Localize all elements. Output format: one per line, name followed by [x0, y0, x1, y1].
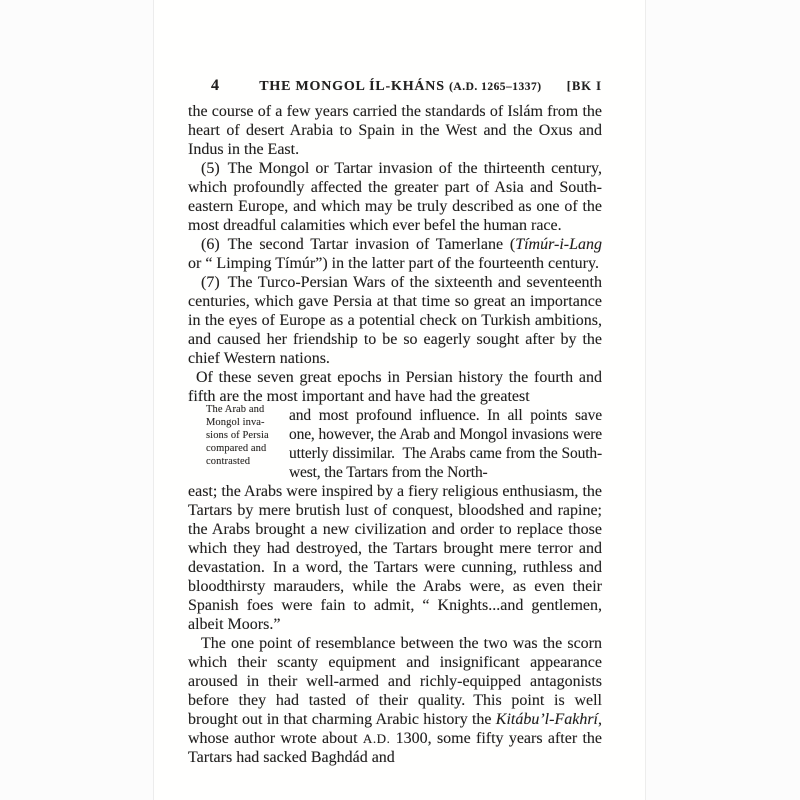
margin-note: The Arab andMongol inva-sions of Persiac… — [206, 403, 278, 468]
paragraph-resemblance: The one point of resemblance between the… — [188, 634, 602, 767]
body-text: the course of a few years carried the st… — [188, 102, 602, 767]
book-reference: [BK I — [567, 77, 602, 96]
paragraph-epochs-continued: east; the Arabs were inspired by a fiery… — [188, 482, 602, 634]
paragraph-islam-spread: the course of a few years carried the st… — [188, 102, 602, 159]
paragraph-7-turco-persian-wars: (7) The Turco-Persian Wars of the sixtee… — [188, 273, 602, 368]
paragraph-5-mongol-invasion: (5) The Mongol or Tartar invasion of the… — [188, 159, 602, 235]
running-title: THE MONGOL ÍL-KHÁNS (A.D. 1265–1337) — [240, 77, 561, 97]
scanned-book-page: 4 THE MONGOL ÍL-KHÁNS (A.D. 1265–1337) [… — [0, 0, 800, 800]
page-content: 4 THE MONGOL ÍL-KHÁNS (A.D. 1265–1337) [… — [188, 76, 602, 767]
margin-note-row: The Arab andMongol inva-sions of Persiac… — [188, 406, 602, 482]
paragraph-epochs-intro: Of these seven great epochs in Persian h… — [188, 368, 602, 406]
page-number: 4 — [188, 76, 240, 95]
paragraph-epochs-beside-note: and most profound influence. In all poin… — [289, 406, 602, 482]
paragraph-6-tamerlane-invasion: (6) The second Tartar invasion of Tamerl… — [188, 235, 602, 273]
running-header: 4 THE MONGOL ÍL-KHÁNS (A.D. 1265–1337) [… — [188, 76, 602, 97]
